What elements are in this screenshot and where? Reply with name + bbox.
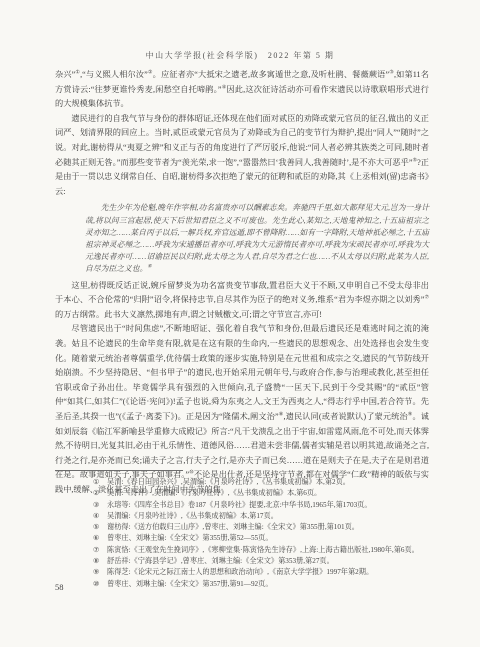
paragraph: 杂兴”①,“与义熙人相尔汝”②。应征者亦“大抵宋之遗老,故多寓遁世之意,及听杜鹃… — [55, 68, 429, 112]
footnote-marker: ⑧ — [93, 556, 107, 567]
footnote-text: 曾枣庄、刘琳主编:《全宋文》第357册,第91—92页。 — [107, 580, 273, 588]
paragraph: 这里,枋得既反话正说,婉斥留梦炎为功名富贵变节事敌,置君臣大义于不顾,又申明自己… — [55, 279, 429, 323]
footnote-item: ②吴渭:《诗评》,吴渭编:《月泉吟社诗》,《丛书集成初编》本,第6页。 — [55, 488, 438, 499]
footnote-item: ⑨陈得芝:《论宋元之际江南士人的思想和政治动向》,《南京大学学报》1997年第2… — [55, 567, 438, 578]
footnote-text: 陈寅恪:《王观堂先生挽词序》,《寒柳堂集·陈寅恪先生诗存》,上海:上海古籍出版社… — [107, 546, 419, 554]
footnote-marker: ⑦ — [93, 545, 107, 556]
block-quote: 先生少年为伦魁,晚年作宰相,功名富贵亦可以酬素志矣。奔驰四千里,如大都拜见大元,… — [85, 202, 429, 275]
footnote-text: 陈得芝:《论宋元之际江南士人的思想和政治动向》,《南京大学学报》1997年第2期… — [107, 568, 373, 576]
footnote-text: 谢枋得:《送方伯载归三山序》,曾枣庄、刘琳主编:《全宋文》第355册,第101页… — [107, 523, 359, 531]
footnote-item: ⑤谢枋得:《送方伯载归三山序》,曾枣庄、刘琳主编:《全宋文》第355册,第101… — [55, 522, 438, 533]
footnote-item: ⑥曾枣庄、刘琳主编:《全宋文》第355册,第52—55页。 — [55, 533, 438, 544]
footnote-separator — [55, 470, 183, 471]
journal-page: 中山大学学报(社会科学版) 2022 年第 5 期 杂兴”①,“与义熙人相尔汝”… — [0, 0, 480, 647]
footnote-marker: ⑨ — [93, 567, 107, 578]
footnote-text: 永瑢等:《四库全书总目》卷187《月泉吟社》提要,北京:中华书局,1965年,第… — [107, 501, 372, 509]
paragraph: 遗民进行的自我气节与身份的群体昭证,还体现在他们面对贰臣的劝降或蒙元官员的征召,… — [55, 112, 429, 200]
footnote-text: 曾枣庄、刘琳主编:《全宋文》第355册,第52—55页。 — [107, 534, 273, 542]
page-number: 58 — [55, 582, 64, 592]
footnote-item: ⑩曾枣庄、刘琳主编:《全宋文》第357册,第91—92页。 — [55, 579, 438, 590]
footnote-item: ⑦陈寅恪:《王观堂先生挽词序》,《寒柳堂集·陈寅恪先生诗存》,上海:上海古籍出版… — [55, 545, 438, 556]
footnote-marker: ④ — [93, 511, 107, 522]
journal-header: 中山大学学报(社会科学版) 2022 年第 5 期 — [0, 50, 480, 61]
footnote-item: ⑧舒岳祥:《宁海县学记》,曾枣庄、刘琳主编:《全宋文》第353册,第27页。 — [55, 556, 438, 567]
footnote-text: 舒岳祥:《宁海县学记》,曾枣庄、刘琳主编:《全宋文》第353册,第27页。 — [107, 557, 334, 565]
footnote-marker: ⑥ — [93, 533, 107, 544]
footnote-text: 吴渭编:《月泉吟社诗》,《丛书集成初编》本,第17页。 — [107, 512, 278, 520]
footnote-marker: ③ — [93, 500, 107, 511]
footnote-text: 吴渭:《春日田园杂兴》,吴渭编:《月泉吟社诗》,《丛书集成初编》本,第2页。 — [107, 478, 350, 486]
footnote-marker: ⑩ — [93, 579, 107, 590]
footnote-text: 吴渭:《诗评》,吴渭编:《月泉吟社诗》,《丛书集成初编》本,第6页。 — [107, 489, 321, 497]
footnote-marker: ⑤ — [93, 522, 107, 533]
footnote-marker: ① — [93, 477, 107, 488]
article-body: 杂兴”①,“与义熙人相尔汝”②。应征者亦“大抵宋之遗老,故多寓遁世之意,及听杜鹃… — [55, 68, 429, 497]
paragraph: 尽管遗民出于“时间焦虑”,不断地昭证、强化着自我气节和身份,但最后遗民还是难逃时… — [55, 322, 429, 497]
footnote-item: ①吴渭:《春日田园杂兴》,吴渭编:《月泉吟社诗》,《丛书集成初编》本,第2页。 — [55, 477, 438, 488]
footnote-list: ①吴渭:《春日田园杂兴》,吴渭编:《月泉吟社诗》,《丛书集成初编》本,第2页。 … — [55, 477, 438, 590]
footnote-item: ④吴渭编:《月泉吟社诗》,《丛书集成初编》本,第17页。 — [55, 511, 438, 522]
footnote-item: ③永瑢等:《四库全书总目》卷187《月泉吟社》提要,北京:中华书局,1965年,… — [55, 500, 438, 511]
footnote-marker: ② — [93, 488, 107, 499]
